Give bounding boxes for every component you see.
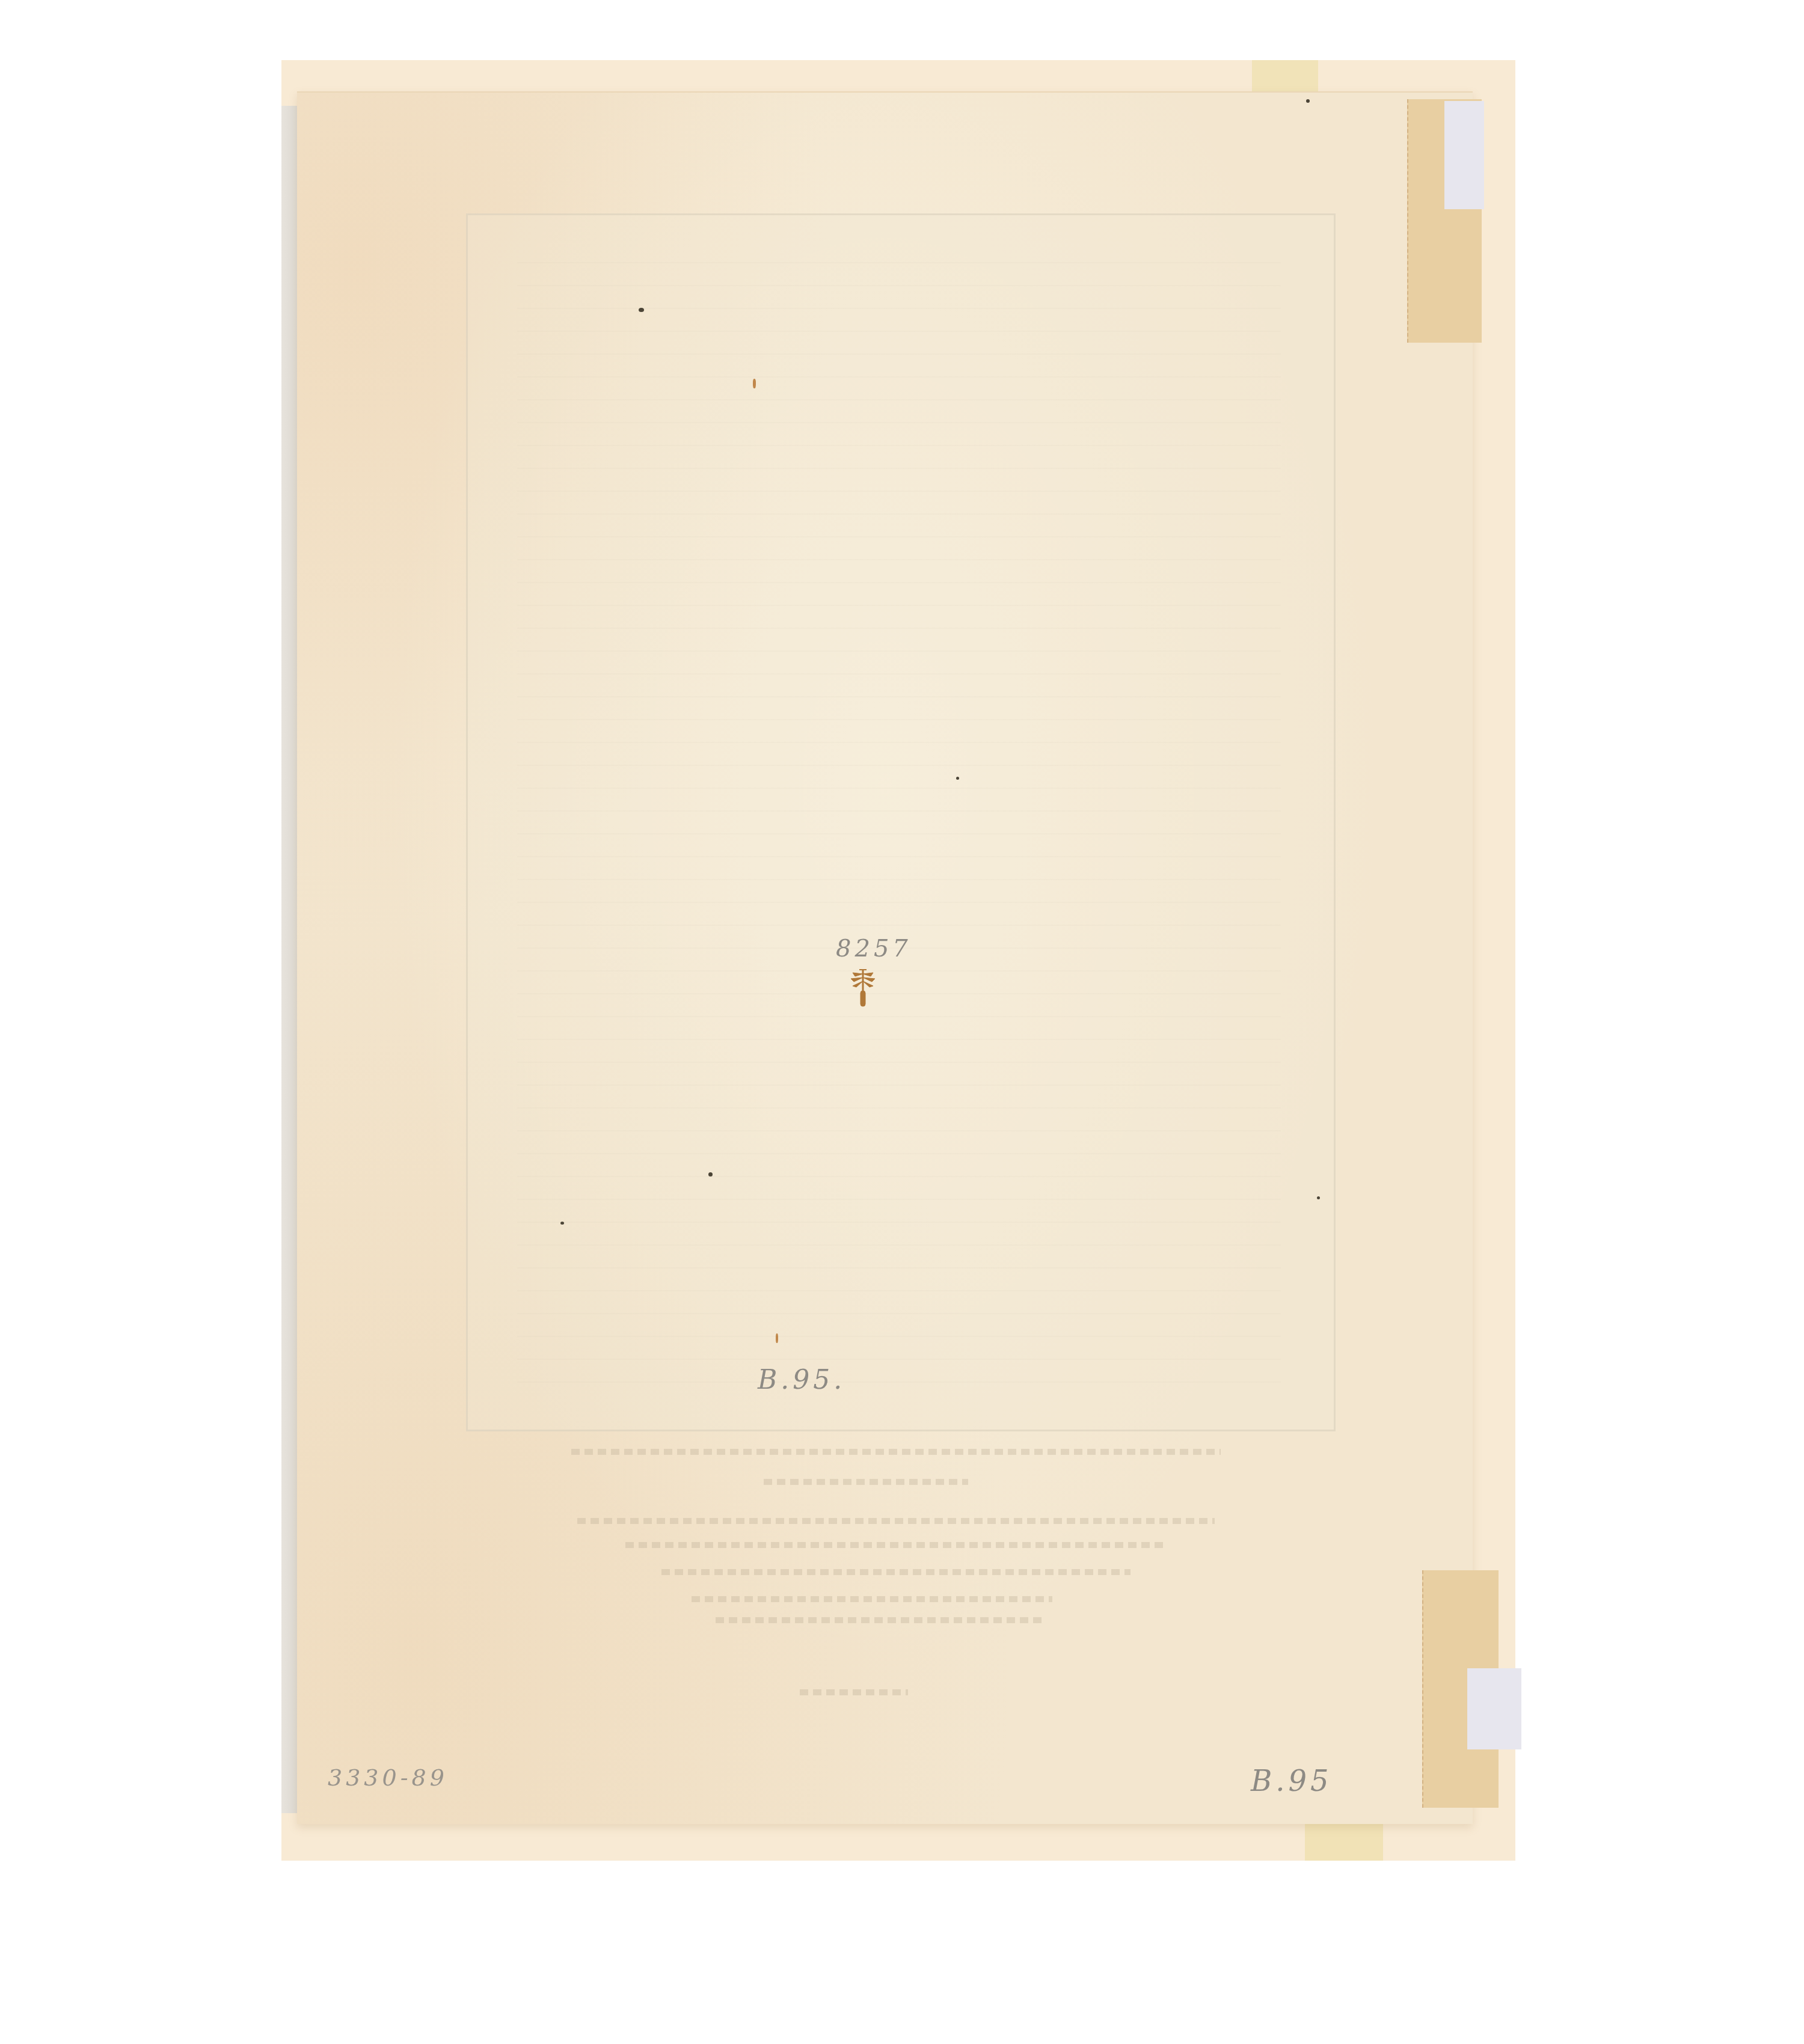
mount-tape-top: [1252, 60, 1318, 94]
mount-edge: [281, 106, 297, 1813]
collector-stamp-icon: [848, 968, 878, 1010]
show-through-image: [517, 252, 1281, 1383]
caption-line: [577, 1518, 1215, 1524]
accession-number: 3330-89: [328, 1764, 448, 1791]
foxing-spot: [639, 308, 644, 312]
hinge-tape-white-top: [1444, 101, 1484, 209]
caption-line: [661, 1569, 1131, 1575]
foxing-spot: [753, 379, 756, 388]
catalogue-reference-bottom-right: B.95: [1251, 1764, 1333, 1798]
foxing-spot: [708, 1172, 713, 1177]
caption-line: [571, 1449, 1221, 1455]
show-through-caption: [571, 1437, 1263, 1713]
caption-line: [625, 1542, 1167, 1548]
foxing-spot: [956, 777, 959, 780]
caption-line: [716, 1617, 1046, 1623]
caption-line: [764, 1479, 968, 1485]
foxing-spot: [560, 1222, 564, 1225]
foxing-spot: [1306, 99, 1310, 103]
catalogue-reference-center: B.95.: [758, 1365, 845, 1395]
caption-line: [692, 1596, 1052, 1602]
foxing-spot: [776, 1333, 778, 1343]
inventory-number: 8257: [836, 935, 912, 962]
hinge-tape-white-bottom: [1467, 1668, 1521, 1749]
foxing-spot: [1317, 1196, 1320, 1199]
caption-line: [800, 1689, 908, 1695]
